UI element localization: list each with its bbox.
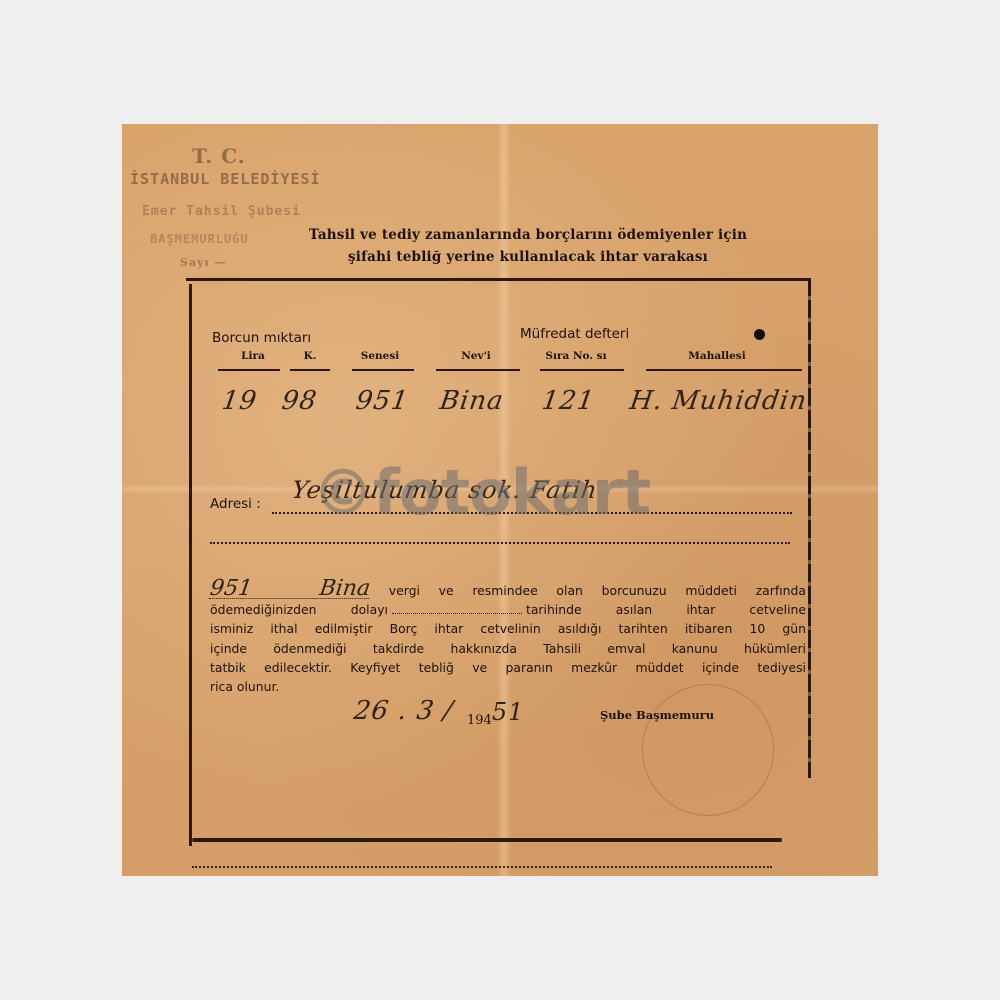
value-kurus: 98 [280, 386, 319, 416]
body-line-5: tatbik edilecektir. Keyfiyet tebliğ ve p… [210, 658, 806, 677]
body-line-1: 951 Bina vergi ve resmindee olan borcunu… [210, 580, 806, 600]
column-line [436, 369, 520, 371]
form-border-top [186, 278, 808, 281]
body-line-2: ödemediğinizden dolayıtarihinde asılan i… [210, 600, 806, 619]
value-year: 951 [354, 386, 411, 416]
date-blank [392, 613, 522, 614]
column-type: Nev'i [440, 350, 512, 362]
column-line [646, 369, 802, 371]
stamp-branch: Emer Tahsil Şubesi [142, 204, 301, 219]
date-handwritten: 26 . 3 / [352, 696, 456, 726]
address-label: Adresi : [210, 496, 261, 512]
title-line-1: Tahsil ve tediy zamanlarında borçlarını … [218, 224, 838, 246]
body-line-4: içinde ödenmediği takdirde hakkınızda Ta… [210, 639, 806, 658]
debt-amount-label: Borcun mıktarı [212, 330, 311, 346]
handwritten-prefix: 951 Bina [209, 580, 372, 599]
value-lira: 19 [220, 386, 259, 416]
document-title: Tahsil ve tediy zamanlarında borçlarını … [218, 224, 838, 268]
body-line-3: isminiz ithal edilmiştir Borç ihtar cetv… [210, 619, 806, 638]
address-line-2 [210, 542, 790, 544]
value-type: Bina [438, 386, 506, 416]
column-line [540, 369, 624, 371]
column-line [290, 369, 330, 371]
date-year-printed: 19451 [467, 702, 524, 730]
title-line-2: şifahi tebliğ yerine kullanılacak ihtar … [218, 246, 838, 268]
bullet-dot [754, 329, 765, 340]
column-lira: Lira [218, 350, 288, 362]
column-kurus: K. [287, 350, 333, 362]
value-neighborhood: H. Muhiddin [628, 386, 809, 416]
column-line [218, 369, 280, 371]
watermark: ©fotokart [312, 456, 650, 529]
column-year: Senesi [350, 350, 410, 362]
notice-body: 951 Bina vergi ve resmindee olan borcunu… [210, 580, 806, 696]
stamp-municipality: İSTANBUL BELEDİYESİ [130, 170, 321, 188]
faded-seal [642, 684, 774, 816]
signer-title: Şube Başmemuru [600, 708, 714, 722]
form-dotted-rule [192, 866, 772, 868]
column-neighborhood: Mahallesi [642, 350, 792, 362]
form-border-left [189, 284, 192, 846]
value-sequence-no: 121 [540, 386, 597, 416]
document-paper: T. C. İSTANBUL BELEDİYESİ Emer Tahsil Şu… [122, 124, 878, 876]
ledger-label: Müfredat defteri [520, 326, 629, 342]
date-year-handwritten: 51 [492, 698, 525, 726]
column-sequence-no: Sıra No. sı [536, 350, 616, 362]
form-border-bottom [192, 838, 782, 842]
form-border-right [808, 278, 811, 778]
column-line [352, 369, 414, 371]
stamp-tc: T. C. [192, 144, 246, 168]
